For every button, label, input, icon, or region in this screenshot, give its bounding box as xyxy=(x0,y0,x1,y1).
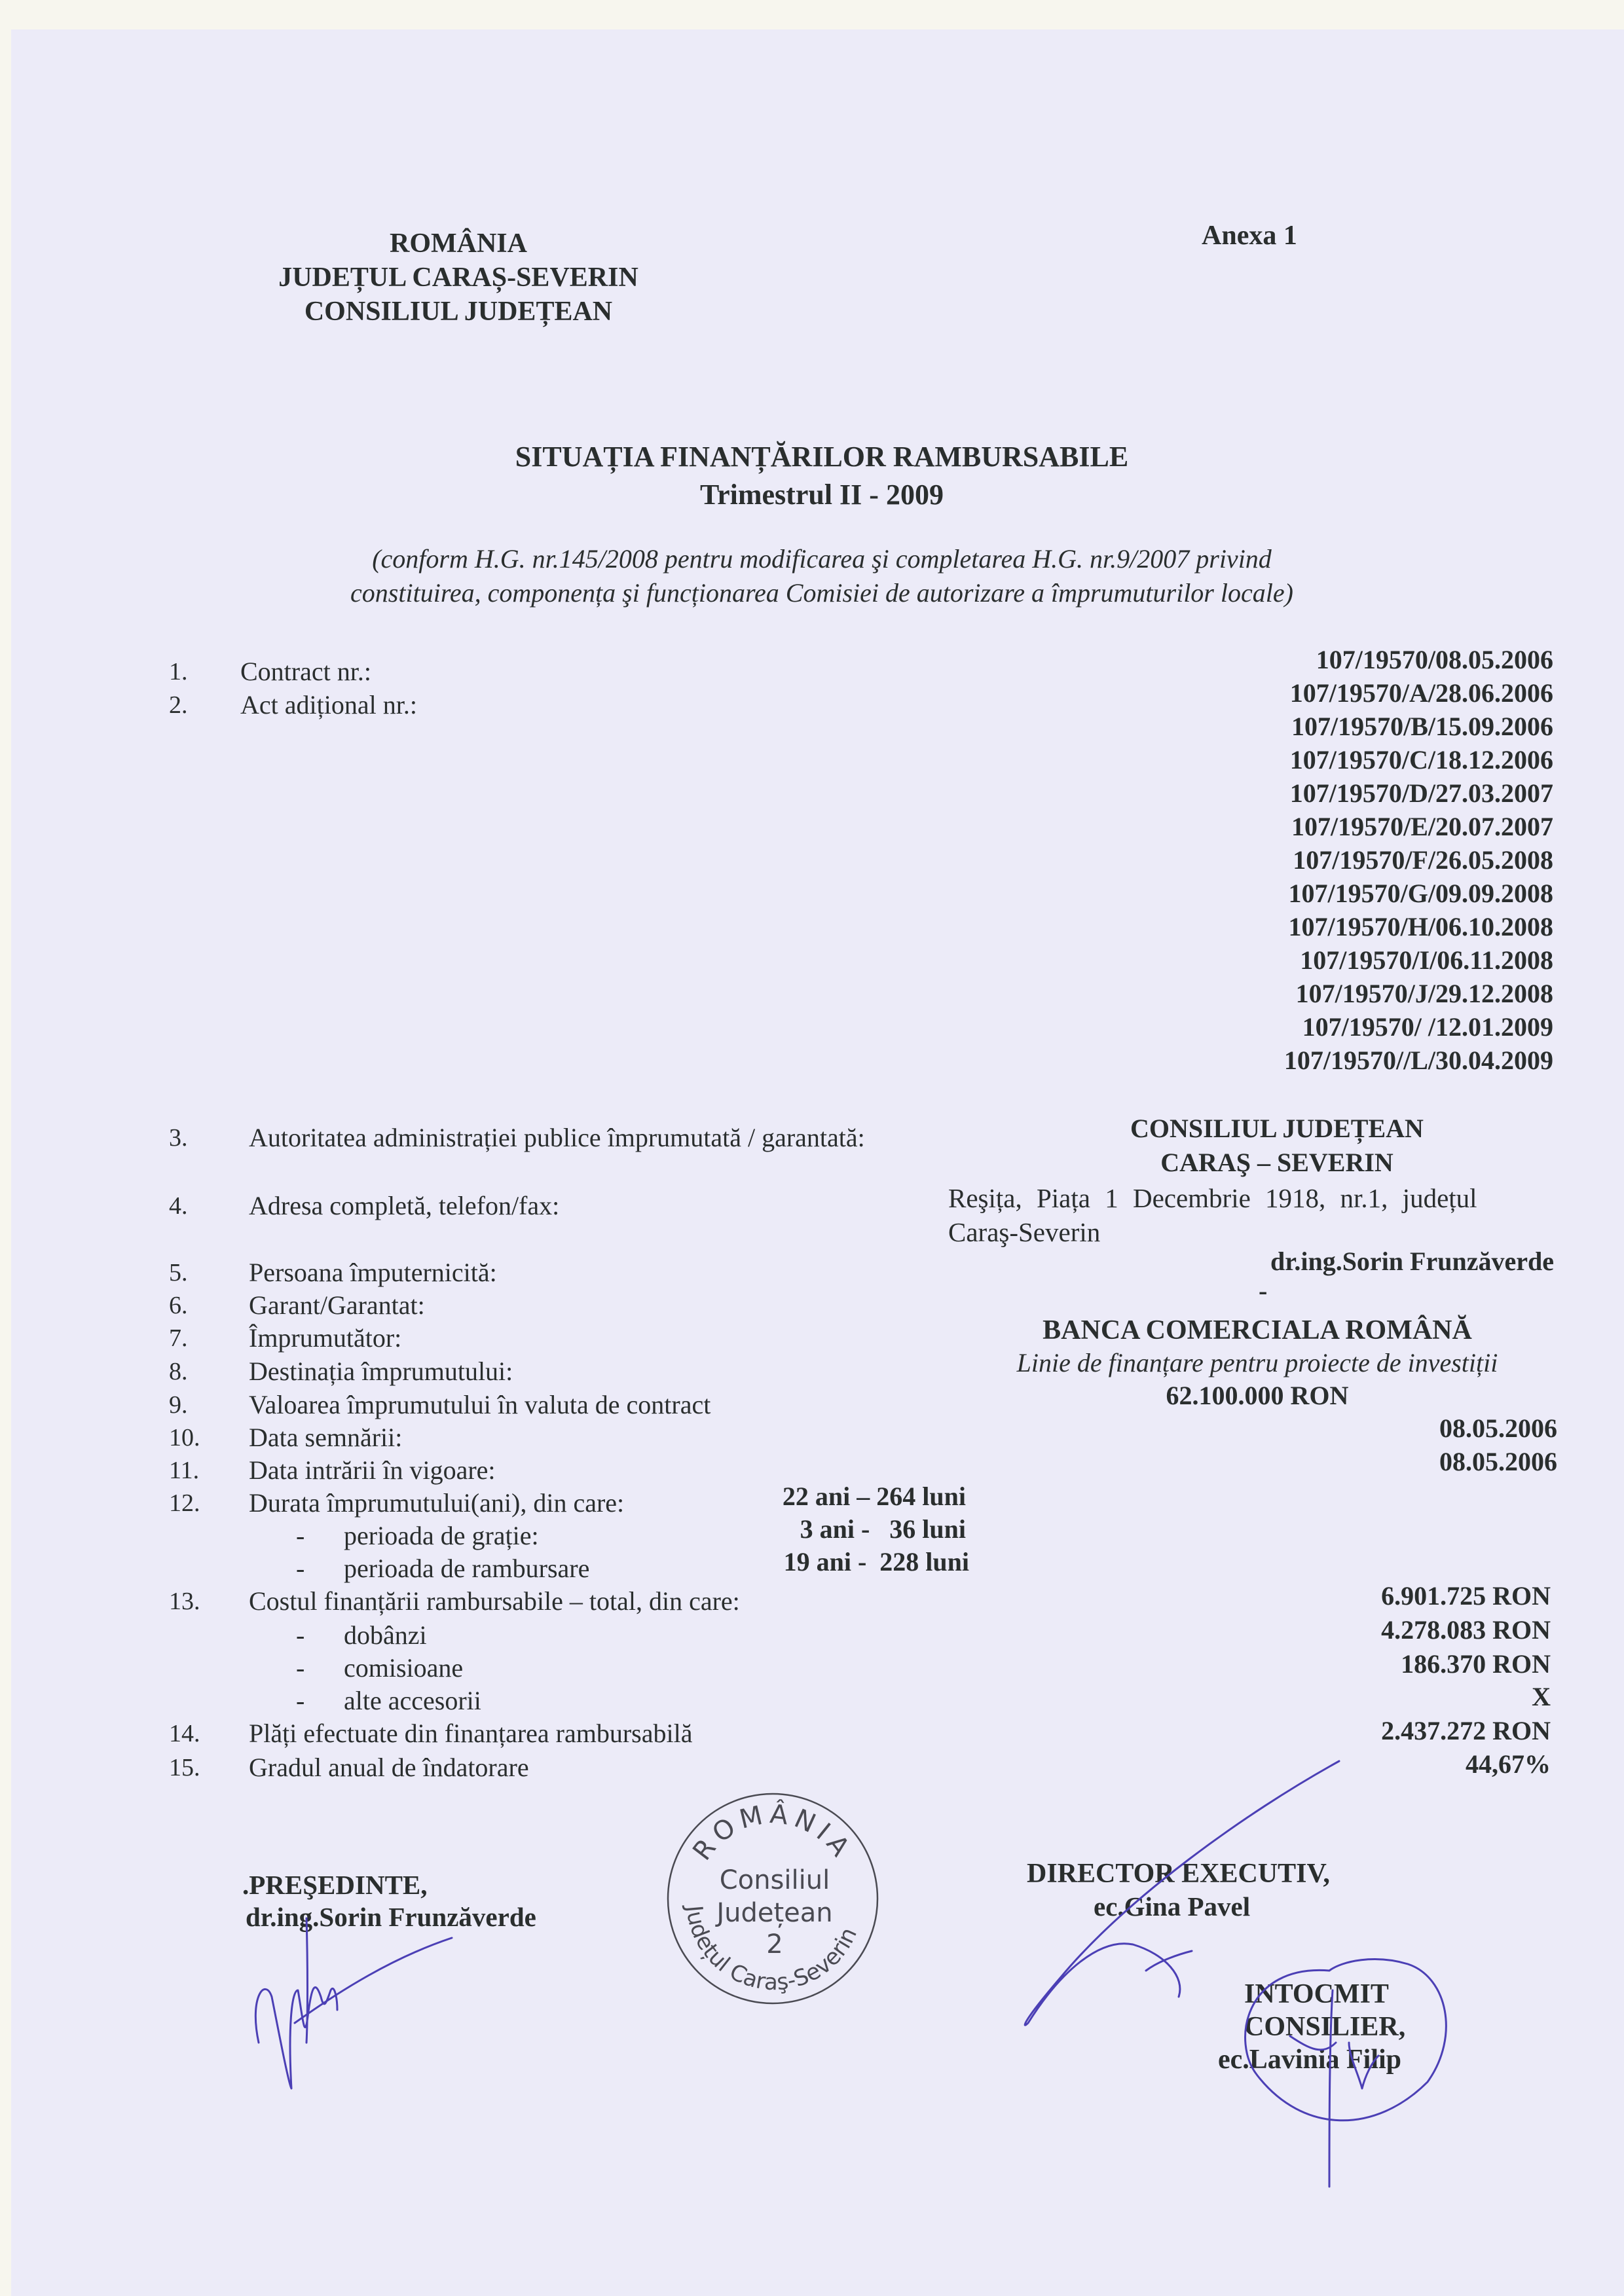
item-label-contract: Contract nr.: xyxy=(240,656,371,687)
contract-numbers-list: 107/19570/08.05.2006107/19570/A/28.06.20… xyxy=(1284,643,1553,1077)
item-label: Valoarea împrumutului în valuta de contr… xyxy=(249,1389,710,1420)
sub-item-dash: - xyxy=(296,1685,304,1716)
item-label: Împrumutător: xyxy=(249,1322,401,1353)
item-value: 44,67% xyxy=(1466,1749,1551,1779)
annex-label: Anexa 1 xyxy=(1202,220,1297,251)
preparer-position: CONSILIER, xyxy=(1244,2011,1405,2043)
sub-item-label: perioada de rambursare xyxy=(344,1553,589,1584)
item-label: Gradul anual de îndatorare xyxy=(249,1752,529,1783)
item-label: Destinația împrumutului: xyxy=(249,1356,513,1387)
contract-number: 107/19570/E/20.07.2007 xyxy=(1284,810,1553,843)
header-country: ROMÂNIA xyxy=(229,228,688,259)
item-number: 6. xyxy=(169,1291,208,1320)
legal-note-line1: (conform H.G. nr.145/2008 pentru modific… xyxy=(200,543,1444,574)
contract-number: 107/19570/ /12.01.2009 xyxy=(1284,1010,1553,1044)
item-number: 8. xyxy=(169,1357,208,1386)
contract-number: 107/19570/J/29.12.2008 xyxy=(1284,977,1553,1010)
director-title: DIRECTOR EXECUTIV, xyxy=(1027,1858,1330,1889)
item-value: Linie de finanțare pentru proiecte de in… xyxy=(930,1347,1585,1378)
contract-number: 107/19570/B/15.09.2006 xyxy=(1284,710,1553,743)
sub-item-value: 19 ani - 228 luni xyxy=(784,1546,969,1577)
item-number: 1. xyxy=(169,657,208,686)
sub-item-value: 186.370 RON xyxy=(1401,1649,1551,1679)
item-value: 08.05.2006 xyxy=(1439,1446,1557,1477)
item-label: Data semnării: xyxy=(249,1422,402,1453)
contract-number: 107/19570/A/28.06.2006 xyxy=(1284,676,1553,710)
item-number: 9. xyxy=(169,1391,208,1419)
contract-number: 107/19570//L/30.04.2009 xyxy=(1284,1044,1553,1077)
item-value: Caraş-Severin xyxy=(948,1216,1100,1248)
item-number: 4. xyxy=(169,1192,208,1220)
document-title: SITUAȚIA FINANȚĂRILOR RAMBURSABILE xyxy=(363,440,1280,473)
sub-item-value: X xyxy=(1532,1681,1551,1712)
item-value: CARAŞ – SEVERIN xyxy=(1048,1147,1506,1178)
contract-number: 107/19570/F/26.05.2008 xyxy=(1284,843,1553,877)
header-county: JUDEȚUL CARAȘ-SEVERIN xyxy=(229,262,688,293)
item-value: 08.05.2006 xyxy=(1439,1413,1557,1444)
item-number: 13. xyxy=(169,1587,208,1616)
sub-item-dash: - xyxy=(296,1620,304,1650)
item-label: Durata împrumutului(ani), din care: xyxy=(249,1487,624,1518)
sub-item-label: alte accesorii xyxy=(344,1685,481,1716)
director-name: ec.Gina Pavel xyxy=(1094,1891,1250,1922)
sub-item-label: comisioane xyxy=(344,1652,463,1683)
president-title: .PREŞEDINTE, xyxy=(242,1869,428,1901)
sub-item-dash: - xyxy=(296,1652,304,1683)
item-label: Adresa completă, telefon/fax: xyxy=(249,1190,559,1221)
contract-number: 107/19570/D/27.03.2007 xyxy=(1284,776,1553,810)
legal-note-line2: constituirea, componența şi funcționarea… xyxy=(200,577,1444,608)
item-label: Data intrării în vigoare: xyxy=(249,1455,496,1485)
item-number: 11. xyxy=(169,1456,208,1485)
president-name: dr.ing.Sorin Frunzăverde xyxy=(246,1901,536,1933)
sub-item-label: dobânzi xyxy=(344,1620,427,1650)
item-value: 62.100.000 RON xyxy=(930,1380,1585,1411)
preparer-title: INTOCMIT xyxy=(1244,1978,1389,2010)
contract-number: 107/19570/H/06.10.2008 xyxy=(1284,910,1553,943)
item-number: 14. xyxy=(169,1719,208,1748)
item-label: Garant/Garantat: xyxy=(249,1290,425,1321)
item-label: Plăți efectuate din finanțarea rambursab… xyxy=(249,1718,692,1749)
contract-number: 107/19570/C/18.12.2006 xyxy=(1284,743,1553,776)
sub-item-dash: - xyxy=(296,1520,304,1551)
contract-number: 107/19570/G/09.09.2008 xyxy=(1284,877,1553,910)
item-value: BANCA COMERCIALA ROMÂNĂ xyxy=(930,1315,1585,1346)
sub-item-value: 4.278.083 RON xyxy=(1381,1614,1551,1645)
item-number: 10. xyxy=(169,1423,208,1452)
sub-item-label: perioada de grație: xyxy=(344,1520,539,1551)
item-number: 7. xyxy=(169,1324,208,1353)
item-value: 2.437.272 RON xyxy=(1381,1715,1551,1746)
item-number: 2. xyxy=(169,691,208,720)
header-council: CONSILIUL JUDEȚEAN xyxy=(229,296,688,327)
item-label: Persoana împuternicită: xyxy=(249,1257,497,1288)
item-label-act-aditional: Act adițional nr.: xyxy=(240,689,417,720)
item-label: Costul finanțării rambursabile – total, … xyxy=(249,1586,740,1616)
item-number: 3. xyxy=(169,1123,208,1152)
item-label: Autoritatea administrației publice împru… xyxy=(249,1122,865,1153)
contract-number: 107/19570/08.05.2006 xyxy=(1284,643,1553,676)
sub-item-value: 3 ani - 36 luni xyxy=(800,1514,966,1544)
item-value: 22 ani – 264 luni xyxy=(783,1481,966,1512)
item-value: 6.901.725 RON xyxy=(1381,1580,1551,1611)
item-number: 15. xyxy=(169,1753,208,1782)
sub-item-dash: - xyxy=(296,1553,304,1584)
item-value: Reşița, Piața 1 Decembrie 1918, nr.1, ju… xyxy=(948,1182,1477,1214)
item-value: - xyxy=(1259,1275,1267,1306)
document-period: Trimestrul II - 2009 xyxy=(363,478,1280,511)
item-value: dr.ing.Sorin Frunzăverde xyxy=(1270,1246,1554,1277)
item-value: CONSILIUL JUDEȚEAN xyxy=(1048,1113,1506,1144)
contract-number: 107/19570/I/06.11.2008 xyxy=(1284,943,1553,977)
item-number: 12. xyxy=(169,1489,208,1518)
item-number: 5. xyxy=(169,1258,208,1287)
preparer-name: ec.Lavinia Filip xyxy=(1218,2044,1401,2075)
